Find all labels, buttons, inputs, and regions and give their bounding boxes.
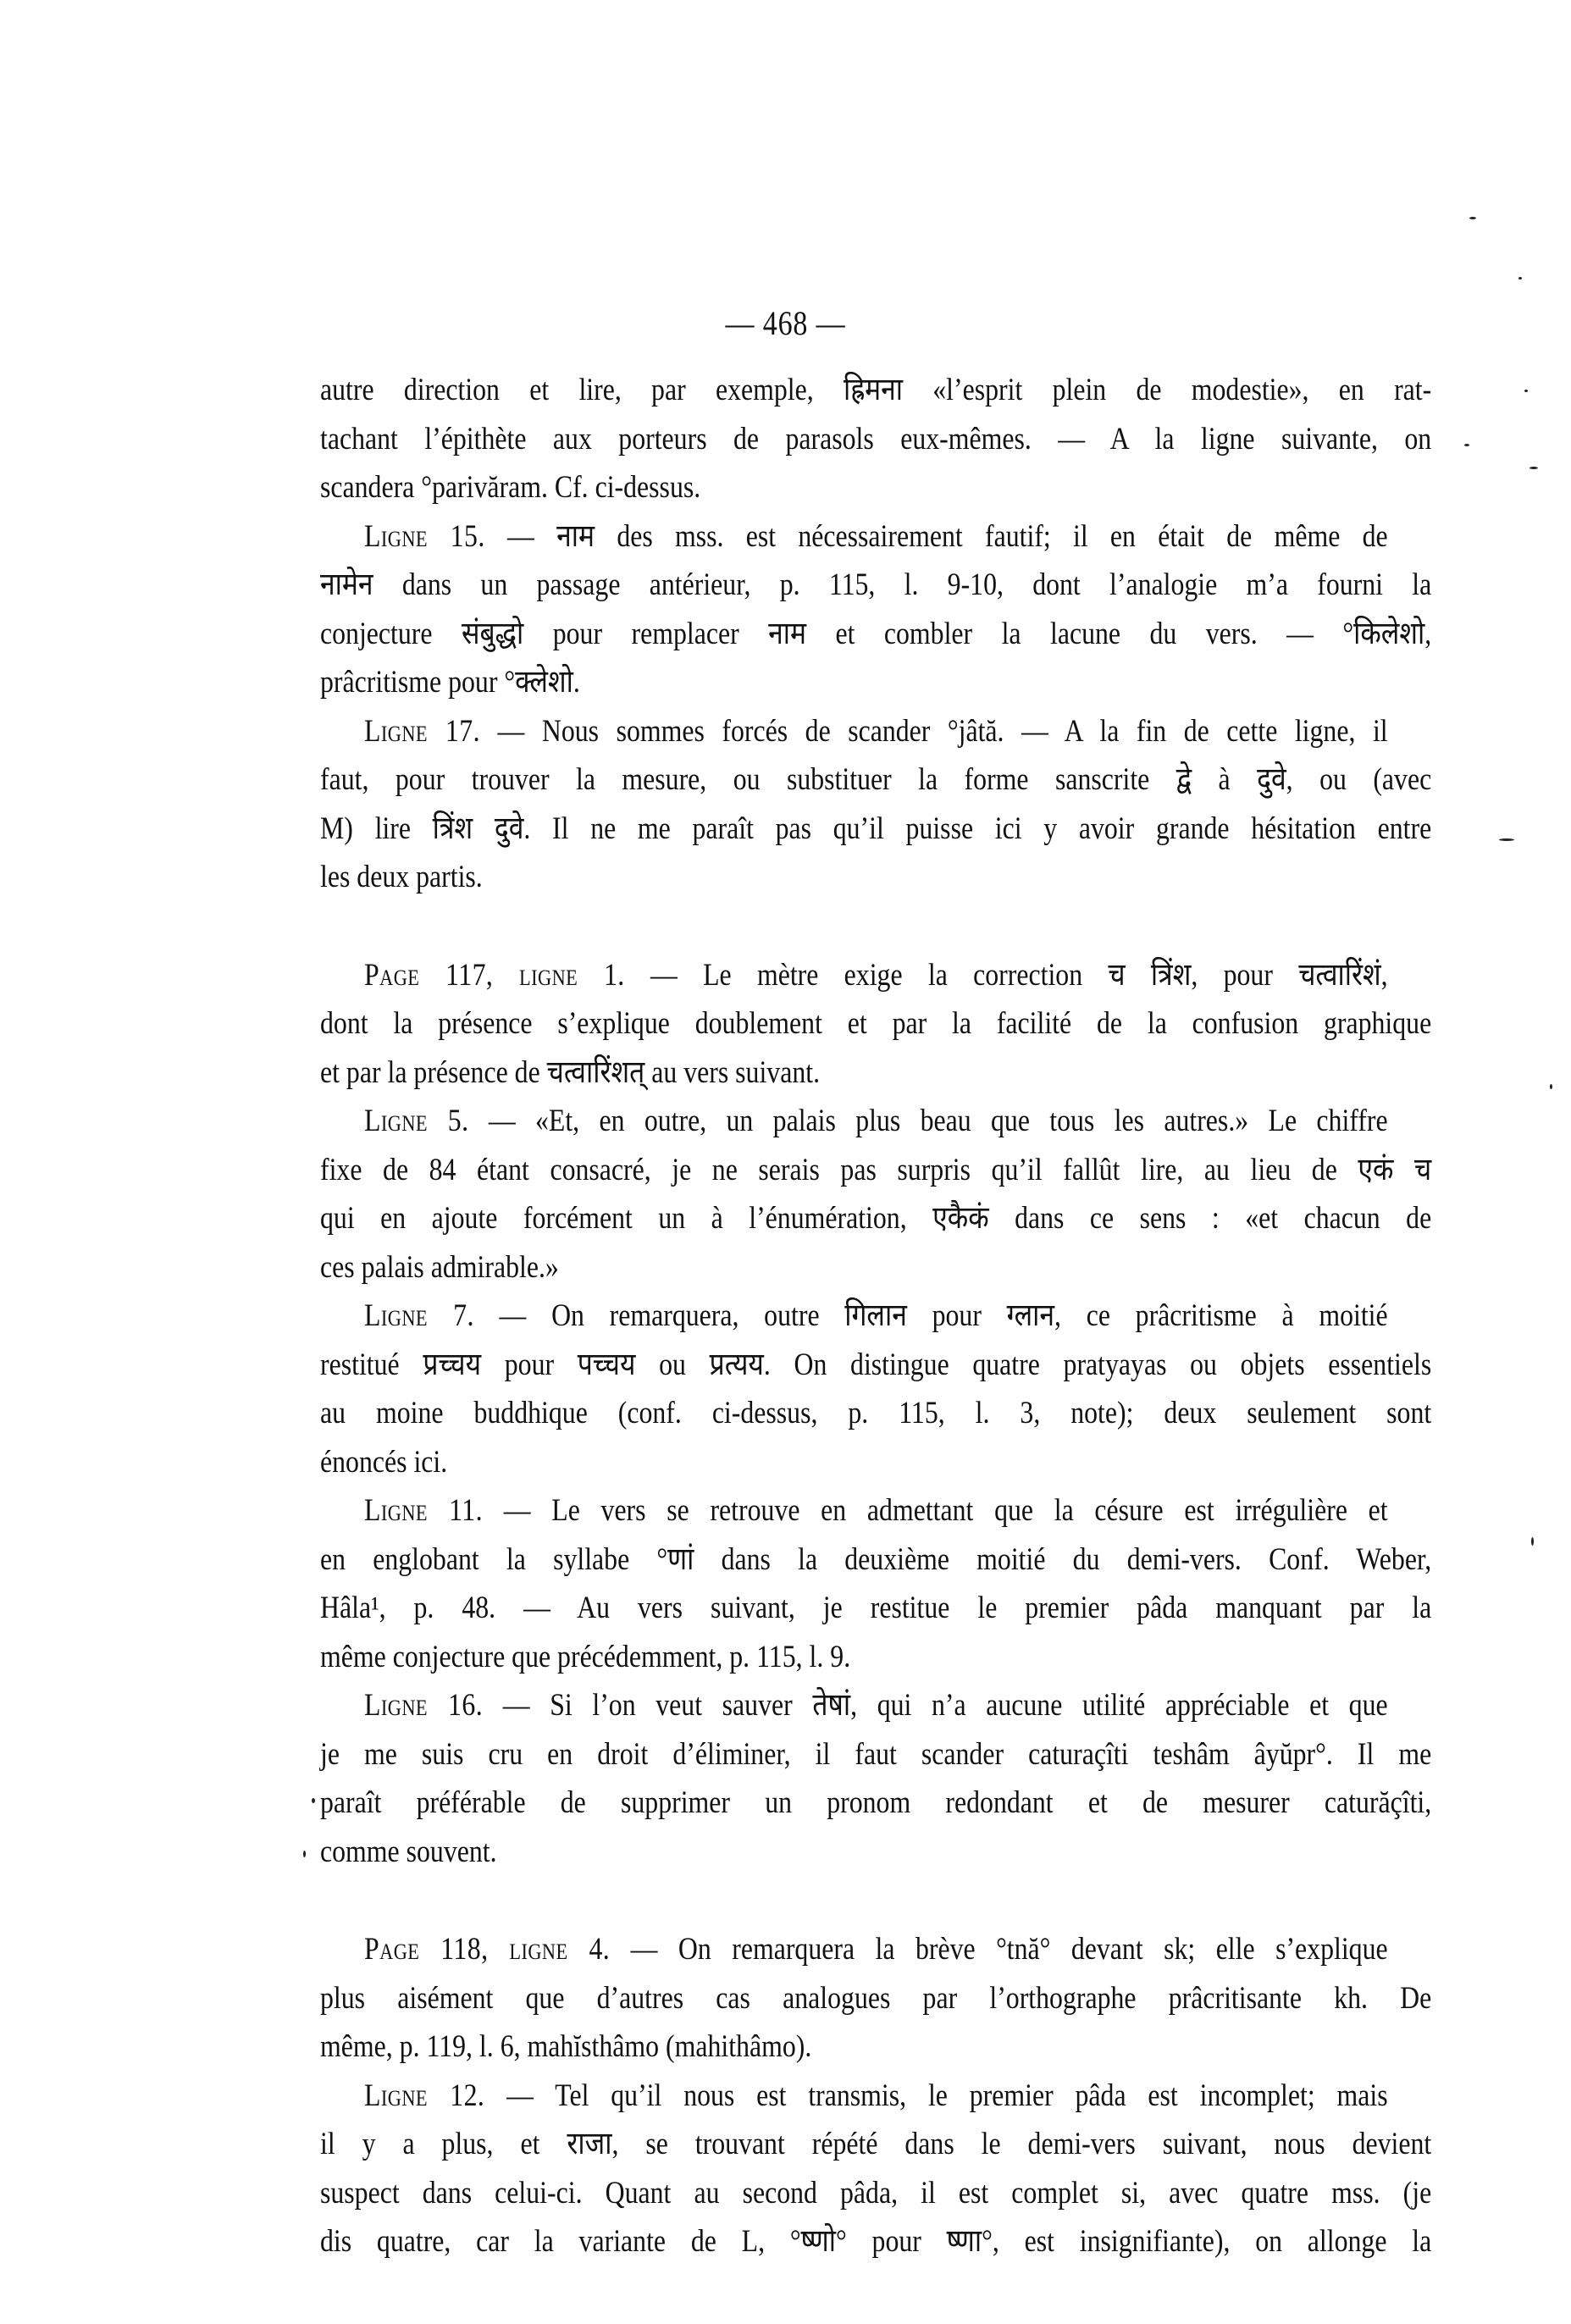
- paragraph-continuation: autre direction et lire, par exemple, ह्…: [320, 366, 1431, 512]
- text-line: — Nous sommes forcés de scander °jâtă. —…: [498, 714, 1388, 749]
- text-line: autre direction et lire, par exemple, ह्…: [320, 366, 1431, 415]
- scan-speck: [1518, 277, 1522, 279]
- note-label: Ligne 5.: [364, 1104, 468, 1138]
- text-line: — On remarquera, outre गिलान pour ग्लान,…: [500, 1298, 1388, 1333]
- commentary-text: autre direction et lire, par exemple, ह्…: [320, 366, 1431, 2266]
- note-label: Ligne 16.: [364, 1688, 483, 1723]
- note-label: Ligne 12.: [364, 2078, 484, 2113]
- section-gap: [320, 1876, 1431, 1925]
- paragraph-ligne-12: Ligne 12. — Tel qu’il nous est transmis,…: [320, 2072, 1431, 2266]
- scan-speck: [1464, 444, 1469, 446]
- scan-speck: [1499, 838, 1514, 841]
- text-line: au moine buddhique (conf. ci-dessus, p. …: [320, 1389, 1431, 1438]
- text-line: comme souvent.: [320, 1828, 1431, 1877]
- note-label: Ligne 15.: [364, 519, 485, 554]
- text-line: paraît préférable de supprimer un pronom…: [320, 1779, 1431, 1828]
- scan-speck: [1550, 1084, 1552, 1089]
- text-line: les deux partis.: [320, 853, 1431, 902]
- section-gap: [320, 902, 1431, 951]
- note-label: Page 118, ligne 4.: [364, 1932, 610, 1967]
- text-line: prâcritisme pour °क्लेशो.: [320, 658, 1431, 707]
- text-line: dis quatre, car la variante de L, °ष्णो°…: [320, 2217, 1431, 2266]
- text-line: il y a plus, et राजा, se trouvant répété…: [320, 2120, 1431, 2169]
- paragraph-page-118-ligne-4: Page 118, ligne 4. — On remarquera la br…: [320, 1925, 1431, 2072]
- text-line: M) lire त्रिंश दुवे. Il ne me paraît pas…: [320, 805, 1431, 854]
- scan-speck: [1530, 467, 1538, 469]
- paragraph-ligne-16: Ligne 16. — Si l’on veut sauver तेषां, q…: [320, 1681, 1431, 1876]
- note-label: Ligne 11.: [364, 1493, 483, 1528]
- text-line: — Le vers se retrouve en admettant que l…: [504, 1493, 1388, 1528]
- text-line: même, p. 119, l. 6, mahĭsthâmo (mahithâm…: [320, 2022, 1431, 2072]
- scan-speck: [303, 1851, 306, 1857]
- text-line: — Le mètre exige la correction च त्रिंश,…: [650, 958, 1388, 993]
- text-line: dont la présence s’explique doublement e…: [320, 999, 1431, 1049]
- text-line: qui en ajoute forcément un à l’énumérati…: [320, 1194, 1431, 1243]
- text-line: et par la présence de चत्वारिंशत् au ver…: [320, 1049, 1431, 1098]
- text-line: conjecture संबुद्धो pour remplacer नाम e…: [320, 610, 1431, 659]
- paragraph-page-117-ligne-1: Page 117, ligne 1. — Le mètre exige la c…: [320, 951, 1431, 1098]
- text-line: — Tel qu’il nous est transmis, le premie…: [506, 2078, 1387, 2113]
- text-line: restitué प्रच्चय pour पच्चय ou प्रत्यय. …: [320, 1341, 1431, 1390]
- text-line: scandera °parivăram. Cf. ci-dessus.: [320, 463, 1431, 512]
- scan-speck: [1524, 390, 1528, 392]
- text-line: tachant l’épithète aux porteurs de paras…: [320, 415, 1431, 464]
- paragraph-ligne-5: Ligne 5. — «Et, en outre, un palais plus…: [320, 1097, 1431, 1292]
- text-line: énoncés ici.: [320, 1438, 1431, 1487]
- page-number: — 468 —: [118, 303, 1453, 343]
- text-line: fixe de 84 étant consacré, je ne serais …: [320, 1146, 1431, 1195]
- text-line: — नाम des mss. est nécessairement fautif…: [507, 519, 1388, 554]
- text-line: je me suis cru en droit d’éliminer, il f…: [320, 1730, 1431, 1779]
- paragraph-ligne-11: Ligne 11. — Le vers se retrouve en admet…: [320, 1486, 1431, 1681]
- scan-speck: [312, 1798, 315, 1803]
- paragraph-ligne-7: Ligne 7. — On remarquera, outre गिलान po…: [320, 1292, 1431, 1486]
- note-label: Ligne 17.: [364, 714, 480, 749]
- scan-speck: [1469, 217, 1476, 219]
- text-line: ces palais admirable.»: [320, 1243, 1431, 1292]
- text-line: — «Et, en outre, un palais plus beau que…: [489, 1104, 1388, 1138]
- text-line: faut, pour trouver la mesure, ou substit…: [320, 755, 1431, 805]
- text-line: नामेन dans un passage antérieur, p. 115,…: [320, 561, 1431, 610]
- note-label: Page 117, ligne 1.: [364, 958, 625, 993]
- text-line: plus aisément que d’autres cas analogues…: [320, 1974, 1431, 2023]
- text-line: même conjecture que précédemment, p. 115…: [320, 1633, 1431, 1682]
- text-line: en englobant la syllabe °णां dans la deu…: [320, 1535, 1431, 1585]
- text-line: — On remarquera la brève °tnă° devant sk…: [631, 1932, 1388, 1967]
- text-line: — Si l’on veut sauver तेषां, qui n’a auc…: [503, 1688, 1388, 1723]
- paragraph-ligne-17: Ligne 17. — Nous sommes forcés de scande…: [320, 707, 1431, 902]
- scan-speck: [1531, 1537, 1534, 1546]
- note-label: Ligne 7.: [364, 1298, 474, 1333]
- text-line: Hâla¹, p. 48. — Au vers suivant, je rest…: [320, 1584, 1431, 1633]
- paragraph-ligne-15: Ligne 15. — नाम des mss. est nécessairem…: [320, 512, 1431, 707]
- text-line: suspect dans celui-ci. Quant au second p…: [320, 2169, 1431, 2218]
